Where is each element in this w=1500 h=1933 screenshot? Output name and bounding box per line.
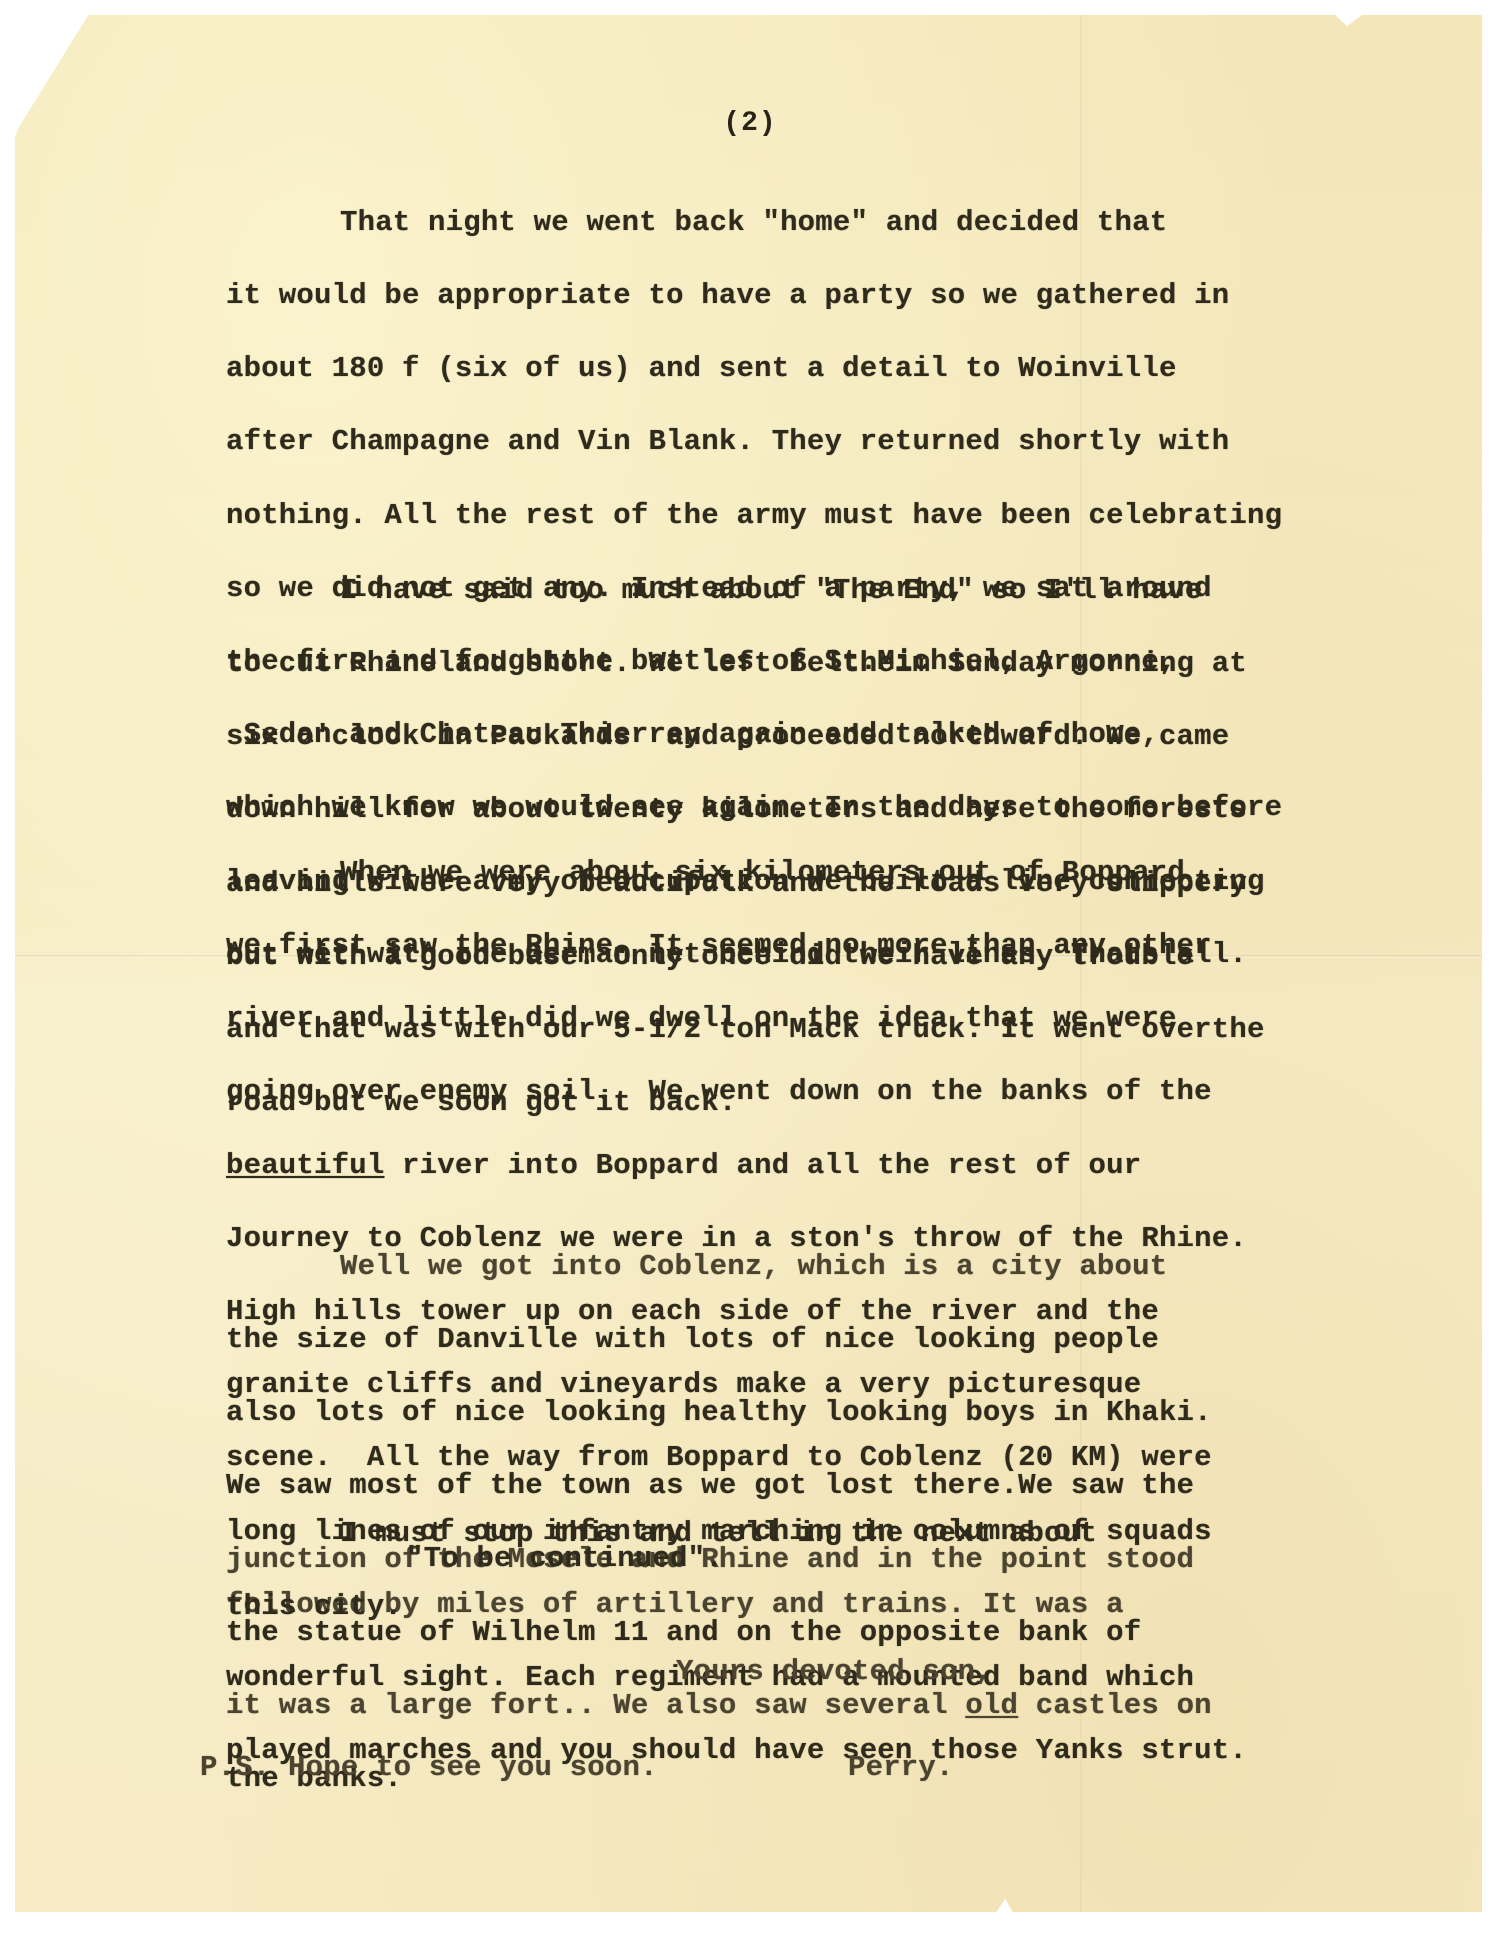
closing-salutation: Yours devoted son,	[676, 1660, 993, 1684]
text-line: When we were about six kilometers out of…	[226, 861, 1247, 885]
text-line-underlined: beautiful river into Boppard and all the…	[226, 1154, 1247, 1178]
text-line: nothing. All the rest of the army must h…	[226, 504, 1282, 528]
page-number: (2)	[0, 108, 1500, 139]
text-line: about 180 f (six of us) and sent a detai…	[226, 357, 1282, 381]
text-line-rest: river into Boppard and all the rest of o…	[384, 1149, 1141, 1182]
text-line: the size of Danville with lots of nice l…	[226, 1328, 1212, 1352]
to-be-continued: "To be continued".	[406, 1547, 723, 1571]
text-line: going over enemy soil. We went down on t…	[226, 1080, 1247, 1104]
text-line: after Champagne and Vin Blank. They retu…	[226, 430, 1282, 454]
signature: Perry.	[848, 1756, 954, 1780]
text-line: to cut Rhineland short. We left Beltheim…	[226, 652, 1265, 676]
text-line: we first saw the Rhine. It seemed no mor…	[226, 934, 1247, 958]
text-line: this city.	[226, 1595, 1097, 1619]
text-line: river and little did we dwell on the ide…	[226, 1007, 1247, 1031]
text-line: I have said too much about "The End" so …	[226, 579, 1265, 603]
text-line: Well we got into Coblenz, which is a cit…	[226, 1255, 1212, 1279]
text-line: it would be appropriate to have a party …	[226, 284, 1282, 308]
underlined-word: old	[965, 1689, 1018, 1722]
postscript: P.S. Hope to see you soon.	[200, 1756, 658, 1780]
underlined-word: beautiful	[226, 1149, 384, 1182]
text-line: six o'clock in Packards and proceeded no…	[226, 725, 1265, 749]
text-line: That night we went back "home" and decid…	[226, 211, 1282, 235]
text-line: also lots of nice looking healthy lookin…	[226, 1401, 1212, 1425]
text-line: it was a large fort.. We also saw severa…	[226, 1694, 1212, 1718]
